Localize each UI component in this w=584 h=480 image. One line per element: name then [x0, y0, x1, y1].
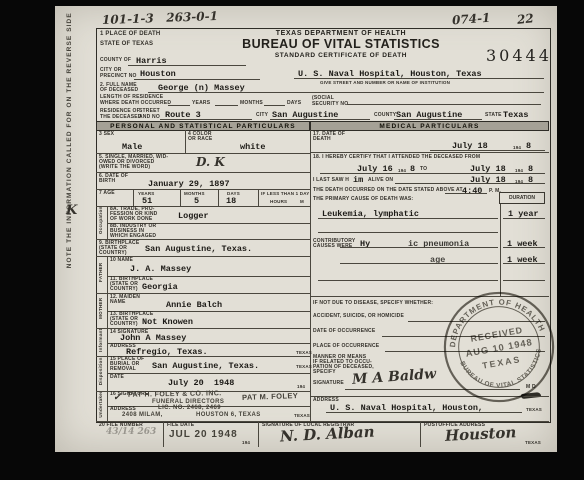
birthplace-value: San Augustine, Texas.: [145, 245, 252, 254]
column-divider: [310, 130, 311, 421]
certificate-number: 30444: [486, 46, 552, 65]
death-time-value: 4:40: [462, 187, 482, 196]
race-value: white: [240, 143, 266, 152]
mother-maiden-label-2: NAME: [110, 300, 126, 306]
security-no-label: SECURITY NO: [312, 102, 348, 108]
state-of-texas-label: STATE OF TEXAS: [100, 41, 153, 48]
sex-value: Male: [122, 143, 142, 152]
city-value: Houston: [140, 70, 176, 79]
check-mark-annotation: ✓: [113, 393, 121, 403]
marital-label-3: (WRITE THE WORD): [99, 165, 150, 171]
standard-subtitle: STANDARD CERTIFICATE OF DEATH: [225, 52, 457, 60]
place-occurrence-label: PLACE OF OCCURRENCE: [313, 344, 379, 350]
divider: [258, 421, 259, 447]
file-date-year-printed: 194: [242, 440, 250, 445]
if-not-disease-label: IF NOT DUE TO DISEASE, SPECIFY WHETHER:: [313, 301, 433, 307]
undertaker-address-stamp-2: HOUSTON 6, TEXAS: [196, 412, 261, 418]
days-label: DAYS: [287, 101, 301, 107]
years-label: YEARS: [192, 101, 210, 107]
rule: [326, 412, 522, 413]
rule: [318, 218, 498, 219]
father-birthplace-value: Georgia: [142, 283, 178, 292]
residence-label-2: THE DECEASED: [100, 115, 142, 121]
father-name-label: 10 NAME: [110, 258, 133, 264]
divider: [185, 130, 186, 153]
rule: [134, 79, 260, 80]
undertaker-address-stamp-1: 2408 MILAM,: [122, 412, 163, 418]
rule: [503, 218, 545, 219]
mother-birthplace-label-3: COUNTRY): [110, 322, 138, 328]
undertaker-signature-stamp: PAT M. FOLEY: [242, 392, 298, 401]
form-title: TEXAS DEPARTMENT OF HEALTH BUREAU OF VIT…: [225, 30, 457, 61]
sex-label: 3 SEX: [99, 132, 114, 138]
rule: [96, 172, 310, 173]
rule: [395, 183, 545, 184]
undertaker-address-state: TEXAS: [294, 413, 310, 418]
divider: [163, 421, 164, 447]
file-date-label: FILE DATE: [167, 423, 194, 429]
rule: [96, 189, 310, 190]
death-occurred-label: THE DEATH OCCURRED ON THE DATE STATED AB…: [313, 188, 463, 194]
duration-column-divider: [500, 204, 501, 296]
last-saw-label-1: I LAST SAW H: [313, 178, 349, 184]
trade-label-3: OF WORK DONE: [110, 217, 152, 223]
scanned-death-certificate: NOTE THE INFORMATION CALLED FOR ON THE R…: [0, 0, 584, 480]
age-years-value: 51: [142, 197, 152, 206]
rule: [445, 193, 487, 194]
rule: [270, 119, 370, 120]
divider: [420, 421, 421, 447]
rule: [310, 152, 549, 153]
death-date-label-2: DEATH: [313, 137, 331, 143]
rule: [264, 105, 285, 106]
accident-label: ACCIDENT, SUICIDE, OR HOMICIDE: [313, 314, 404, 320]
file-number-pencil: 43/14 263: [106, 428, 156, 437]
age-label: 7 AGE: [99, 191, 115, 197]
rule: [107, 343, 310, 344]
birthdate-label-2: BIRTH: [99, 179, 115, 185]
certify-label: 18. I HEREBY CERTIFY THAT I ATTENDED THE…: [313, 155, 480, 161]
physician-address-state: TEXAS: [526, 407, 542, 412]
rule: [320, 173, 545, 174]
file-date-stamp: JUL 20 1948: [169, 430, 238, 440]
res-state-label: STATE: [485, 113, 502, 119]
postoffice-value: Houston: [445, 425, 517, 444]
divider: [133, 189, 134, 206]
months-label: MONTHS: [240, 101, 263, 107]
postoffice-state: TEXAS: [525, 440, 541, 445]
manner-label-4: SPECIFY: [313, 370, 336, 376]
rule: [340, 247, 498, 248]
bureau-title: BUREAU OF VITAL STATISTICS: [225, 38, 457, 52]
birthdate-value: January 29, 1897: [148, 180, 230, 189]
mother-birthplace-value: Not Knowen: [142, 318, 193, 327]
burial-value: San Augustine, Texas.: [152, 362, 259, 371]
institution-caption: GIVE STREET AND NUMBER OR NAME OF INSTIT…: [320, 80, 450, 85]
rule: [340, 263, 498, 264]
medical-section-header: MEDICAL PARTICULARS: [310, 121, 549, 131]
divider: [258, 189, 259, 206]
rule: [430, 150, 545, 151]
res-county-label: COUNTY: [374, 113, 396, 119]
informant-signature-value: John A Massey: [120, 334, 186, 343]
burial-date-year-printed: 194: [297, 384, 305, 389]
margin-k-annotation: K: [66, 204, 77, 217]
marital-value-handwritten: D. K: [196, 156, 225, 168]
county-label: COUNTY OF: [100, 58, 131, 64]
duration-header-box: DURATION: [499, 192, 545, 204]
strip-divider: [107, 256, 108, 421]
age-months-value: 5: [194, 197, 199, 206]
rule: [318, 280, 498, 281]
res-city-label: CITY: [256, 113, 268, 119]
divider: [218, 189, 219, 206]
rule: [503, 247, 545, 248]
physician-signature-label: SIGNATURE: [313, 381, 344, 387]
rule: [318, 232, 498, 233]
received-stamp: DEPARTMENT OF HEALTH BUREAU OF VITAL STA…: [431, 279, 568, 416]
res-state-value: Texas: [503, 111, 529, 120]
divider: [180, 189, 181, 206]
precinct-no-label: PRECINCT NO: [100, 74, 137, 80]
primary-cause-label: THE PRIMARY CAUSE OF DEATH WAS:: [313, 197, 413, 203]
date-occurrence-label: DATE OF OCCURRENCE: [313, 329, 375, 335]
street-label-2: AND NO: [139, 115, 160, 121]
personal-section-header: PERSONAL AND STATISTICAL PARTICULARS: [96, 121, 310, 131]
last-saw-him-typed: im: [353, 176, 363, 185]
informant-address-state: TEXAS: [296, 350, 312, 355]
race-label-2: OR RACE: [188, 137, 212, 143]
rule: [394, 119, 482, 120]
rule: [107, 373, 310, 374]
rule: [160, 119, 252, 120]
occupation-strip-label: Occupation: [99, 200, 104, 240]
trade-value: Logger: [178, 212, 209, 221]
margin-note: NOTE THE INFORMATION CALLED FOR ON THE R…: [67, 68, 74, 268]
rule: [128, 65, 246, 66]
age-hours-label: HOURS: [270, 199, 287, 204]
to-label: TO: [420, 167, 427, 173]
top-right-code: 074-1: [452, 12, 491, 27]
last-saw-label-2: ALIVE ON: [368, 178, 393, 184]
top-right-number: 22: [516, 12, 534, 26]
length-residence-label-2: WHERE DEATH OCCURRED: [100, 101, 171, 107]
rule: [294, 78, 544, 79]
burial-state: TEXAS: [296, 364, 312, 369]
burial-label-3: REMOVAL: [110, 367, 136, 373]
mother-maiden-value: Annie Balch: [166, 301, 222, 310]
rule: [148, 92, 544, 93]
rule: [168, 105, 190, 106]
age-days-value: 18: [226, 197, 236, 206]
fullname-label-2: OF DECEASED: [100, 88, 138, 94]
stamp-texas-text: TEXAS: [481, 354, 521, 371]
rule: [347, 104, 541, 105]
father-strip-label: FATHER: [99, 252, 104, 292]
father-name-value: J. A. Massey: [130, 265, 191, 274]
place-of-death-label: 1 PLACE OF DEATH: [100, 31, 160, 38]
burial-date-value: July 20 1948: [168, 379, 234, 388]
undertaker-license-stamp: LIC. NO. 2468, 2469: [158, 405, 221, 411]
burial-date-label: DATE: [110, 375, 124, 381]
father-birthplace-label-3: COUNTRY): [110, 287, 138, 293]
rule: [503, 263, 545, 264]
age-m-label: M: [300, 199, 304, 204]
rule: [215, 105, 238, 106]
age-less-label: IF LESS THAN 1 DAY: [261, 191, 309, 196]
